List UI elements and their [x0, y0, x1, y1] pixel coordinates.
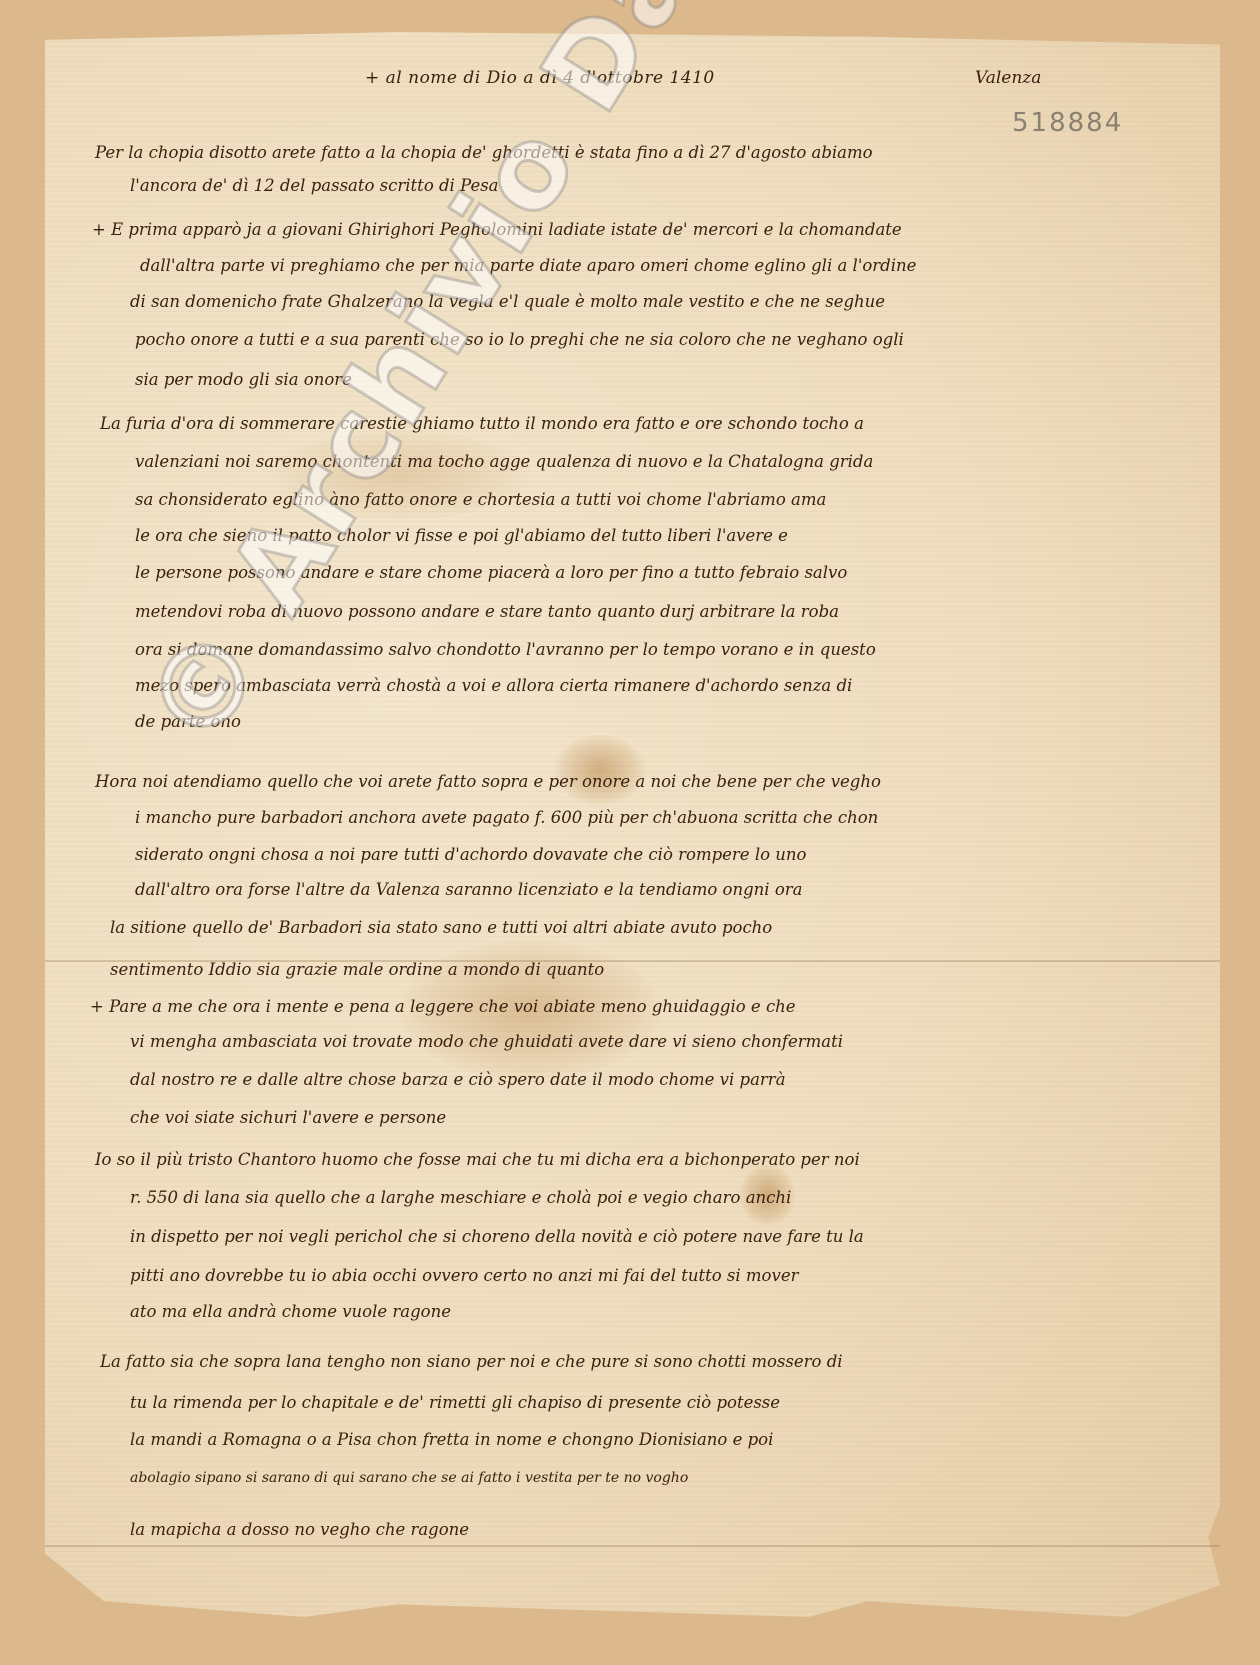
text-line: + E prima apparò ja a giovani Ghirighori…: [92, 220, 902, 239]
text-line: valenziani noi saremo chontenti ma tocho…: [135, 452, 873, 471]
text-line: la mandi a Romagna o a Pisa chon fretta …: [130, 1430, 773, 1449]
text-line: dall'altra parte vi preghiamo che per mi…: [140, 256, 916, 275]
text-line: de parte ono: [135, 712, 241, 731]
text-line: dall'altro ora forse l'altre da Valenza …: [135, 880, 802, 899]
text-line: di san domenicho frate Ghalzerano la veg…: [130, 292, 885, 311]
text-line: sentimento Iddio sia grazie male ordine …: [110, 960, 604, 979]
text-line: + Pare a me che ora i mente e pena a leg…: [90, 997, 796, 1016]
text-line: tu la rimenda per lo chapitale e de' rim…: [130, 1393, 780, 1412]
text-line: metendovi roba di nuovo possono andare e…: [135, 602, 839, 621]
text-line: Io so il più tristo Chantoro huomo che f…: [95, 1150, 860, 1169]
text-line: Per la chopia disotto arete fatto a la c…: [95, 143, 873, 162]
text-line: la sitione quello de' Barbadori sia stat…: [110, 918, 772, 937]
text-line: sa chonsiderato eglino àno fatto onore e…: [135, 490, 826, 509]
text-line: ora si domane domandassimo salvo chondot…: [135, 640, 876, 659]
text-line: le persone possono andare e stare chome …: [135, 563, 847, 582]
text-line: che voi siate sichuri l'avere e persone: [130, 1108, 446, 1127]
text-line: pocho onore a tutti e a sua parenti che …: [135, 330, 904, 349]
text-line: La furia d'ora di sommerare carestie ghi…: [100, 414, 864, 433]
letter-body: Per la chopia disotto arete fatto a la c…: [0, 0, 1260, 1665]
text-line: sia per modo gli sia onore: [135, 370, 352, 389]
text-line: la mapicha a dosso no vegho che ragone: [130, 1520, 469, 1539]
text-line: siderato ongni chosa a noi pare tutti d'…: [135, 845, 806, 864]
text-line: vi mengha ambasciata voi trovate modo ch…: [130, 1032, 843, 1051]
text-line: i mancho pure barbadori anchora avete pa…: [135, 808, 878, 827]
text-line: in dispetto per noi vegli perichol che s…: [130, 1227, 864, 1246]
text-line: l'ancora de' dì 12 del passato scritto d…: [130, 176, 499, 195]
text-line: abolagio sipano si sarano di qui sarano …: [130, 1470, 688, 1486]
text-line: pitti ano dovrebbe tu io abia occhi ovve…: [130, 1266, 798, 1285]
text-line: le ora che sieno il patto cholor vi fiss…: [135, 526, 788, 545]
text-line: dal nostro re e dalle altre chose barza …: [130, 1070, 786, 1089]
text-line: r. 550 di lana sia quello che a larghe m…: [130, 1188, 791, 1207]
text-line: Hora noi atendiamo quello che voi arete …: [95, 772, 881, 791]
text-line: mezo spero ambasciata verrà chostà a voi…: [135, 676, 852, 695]
text-line: La fatto sia che sopra lana tengho non s…: [100, 1352, 843, 1371]
text-line: ato ma ella andrà chome vuole ragone: [130, 1302, 451, 1321]
